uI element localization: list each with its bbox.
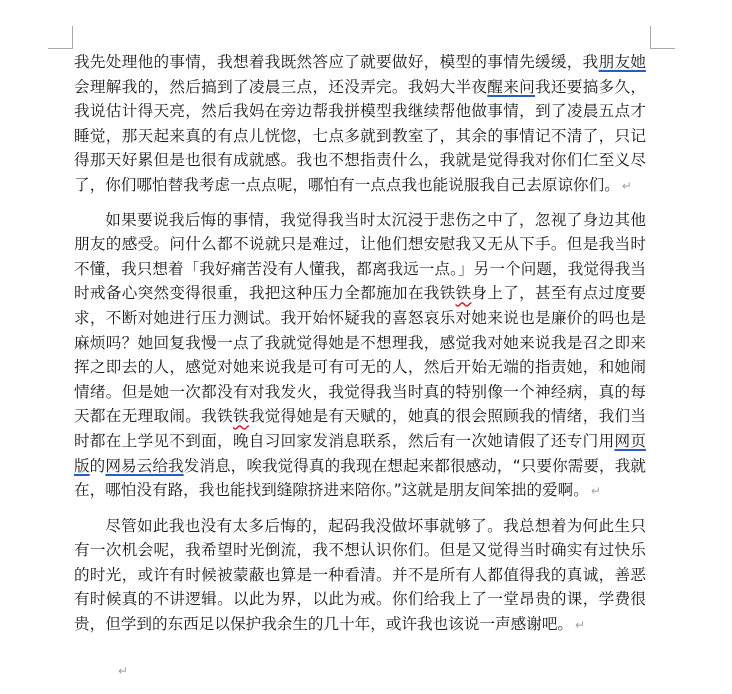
text-run: 我先处理他的事情，我想着我既然答应了就要做好，模型的事情先缓缓，我 <box>74 53 599 71</box>
margin-corner-mark-top-right <box>650 26 675 49</box>
text-run: 尽管如此我也没有太多后悔的，起码我没做坏事就够了。我总想着为何此生只有一次机会呢… <box>74 517 646 633</box>
paragraph-mark-icon: ↵ <box>591 484 601 498</box>
text-run: 会理解我的，然后搞到了凌晨三点，还没弄完。我妈大半夜 <box>74 78 487 96</box>
grammar-flagged-text[interactable]: 醒来问 <box>487 78 535 96</box>
text-run: 身上了，甚至有点过度要求，不断对她进行压力测试。我开始怀疑我的喜怒哀乐对她来说也… <box>74 284 646 425</box>
paragraph-2[interactable]: 如果要说我后悔的事情，我觉得我当时太沉浸于悲伤之中了，忽视了身边其他朋友的感受。… <box>74 208 646 504</box>
spelling-flagged-text[interactable]: 铁 <box>456 284 472 302</box>
text-run: 的 <box>90 457 106 475</box>
spelling-flagged-text[interactable]: 铁 <box>233 407 249 425</box>
paragraph-1[interactable]: 我先处理他的事情，我想着我既然答应了就要做好，模型的事情先缓缓，我朋友她会理解我… <box>74 50 646 199</box>
margin-corner-mark-top-left <box>48 26 73 49</box>
paragraph-mark-icon: ↵ <box>622 179 632 193</box>
grammar-flagged-text[interactable]: 网易云给我 <box>105 457 183 475</box>
document-page[interactable]: 我先处理他的事情，我想着我既然答应了就要做好，模型的事情先缓缓，我朋友她会理解我… <box>74 50 646 638</box>
grammar-flagged-text[interactable]: 朋友她 <box>599 53 646 71</box>
paragraph-3[interactable]: 尽管如此我也没有太多后悔的，起码我没做坏事就够了。我总想着为何此生只有一次机会呢… <box>74 514 646 638</box>
paragraph-mark-icon: ↵ <box>575 618 585 632</box>
empty-paragraph-mark-icon[interactable]: ↵ <box>118 664 128 678</box>
